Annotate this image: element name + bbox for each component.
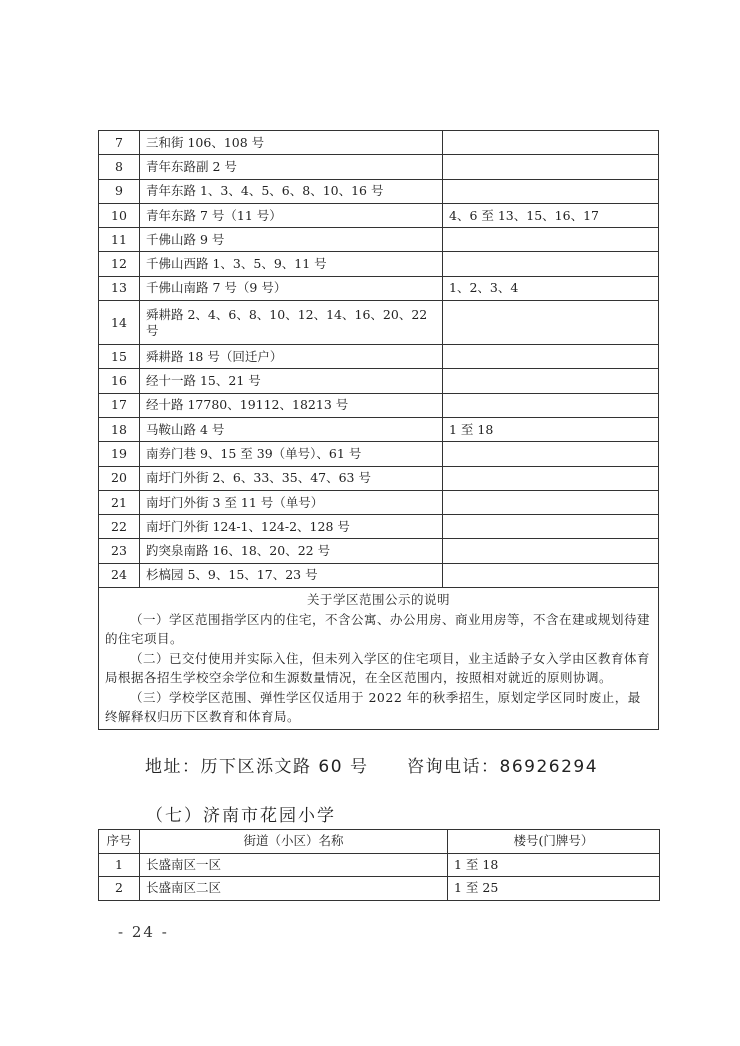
row-number: 19 [99, 442, 140, 466]
building-numbers: 1 至 25 [448, 877, 660, 901]
header-building: 楼号(门牌号） [448, 830, 660, 854]
table-row: 7三和街 106、108 号 [99, 131, 659, 155]
row-number: 9 [99, 179, 140, 203]
table-row: 16经十一路 15、21 号 [99, 369, 659, 393]
street-name: 长盛南区一区 [140, 853, 448, 877]
row-number: 7 [99, 131, 140, 155]
building-numbers [443, 155, 659, 179]
note-item-2: （二）已交付使用并实际入住，但未列入学区的住宅项目，业主适龄子女入学由区教育体育… [105, 649, 652, 688]
street-name: 千佛山南路 7 号（9 号） [140, 276, 443, 300]
street-name: 杉槁园 5、9、15、17、23 号 [140, 563, 443, 587]
building-numbers [443, 301, 659, 345]
row-number: 13 [99, 276, 140, 300]
street-name: 趵突泉南路 16、18、20、22 号 [140, 539, 443, 563]
table-row: 22南圩门外街 124-1、124-2、128 号 [99, 515, 659, 539]
building-numbers: 1 至 18 [448, 853, 660, 877]
row-number: 12 [99, 252, 140, 276]
notes-row: 关于学区范围公示的说明 （一）学区范围指学区内的住宅，不含公寓、办公用房、商业用… [99, 588, 659, 730]
table-row: 12千佛山西路 1、3、5、9、11 号 [99, 252, 659, 276]
row-number: 16 [99, 369, 140, 393]
building-numbers [443, 563, 659, 587]
table-row: 2 长盛南区二区 1 至 25 [99, 877, 660, 901]
header-street: 街道（小区）名称 [140, 830, 448, 854]
building-numbers [443, 490, 659, 514]
building-numbers [443, 369, 659, 393]
street-name: 青年东路副 2 号 [140, 155, 443, 179]
note-item-3: （三）学校学区范围、弹性学区仅适用于 2022 年的秋季招生，原划定学区同时废止… [105, 688, 652, 727]
building-numbers: 1 至 18 [443, 417, 659, 441]
table-row: 13千佛山南路 7 号（9 号）1、2、3、4 [99, 276, 659, 300]
table-row: 11千佛山路 9 号 [99, 228, 659, 252]
street-name: 三和街 106、108 号 [140, 131, 443, 155]
row-number: 2 [99, 877, 140, 901]
building-numbers [443, 466, 659, 490]
street-name: 青年东路 1、3、4、5、6、8、10、16 号 [140, 179, 443, 203]
building-numbers [443, 252, 659, 276]
table-row: 21南圩门外街 3 至 11 号（单号） [99, 490, 659, 514]
street-name: 经十一路 15、21 号 [140, 369, 443, 393]
street-name: 经十路 17780、19112、18213 号 [140, 393, 443, 417]
table-row: 9青年东路 1、3、4、5、6、8、10、16 号 [99, 179, 659, 203]
table-row: 1 长盛南区一区 1 至 18 [99, 853, 660, 877]
header-number: 序号 [99, 830, 140, 854]
table-row: 24杉槁园 5、9、15、17、23 号 [99, 563, 659, 587]
table-row: 15舜耕路 18 号（回迁户） [99, 345, 659, 369]
row-number: 23 [99, 539, 140, 563]
school-district-table-continued: 7三和街 106、108 号 8青年东路副 2 号 9青年东路 1、3、4、5、… [98, 130, 659, 730]
street-name: 南券门巷 9、15 至 39（单号）、61 号 [140, 442, 443, 466]
street-name: 长盛南区二区 [140, 877, 448, 901]
building-numbers [443, 515, 659, 539]
row-number: 18 [99, 417, 140, 441]
building-numbers [443, 131, 659, 155]
row-number: 22 [99, 515, 140, 539]
table-row: 18马鞍山路 4 号1 至 18 [99, 417, 659, 441]
row-number: 21 [99, 490, 140, 514]
building-numbers [443, 179, 659, 203]
row-number: 1 [99, 853, 140, 877]
row-number: 8 [99, 155, 140, 179]
row-number: 15 [99, 345, 140, 369]
street-name: 南圩门外街 124-1、124-2、128 号 [140, 515, 443, 539]
table-header-row: 序号 街道（小区）名称 楼号(门牌号） [99, 830, 660, 854]
row-number: 11 [99, 228, 140, 252]
building-numbers: 4、6 至 13、15、16、17 [443, 203, 659, 227]
huayuan-school-district-table: 序号 街道（小区）名称 楼号(门牌号） 1 长盛南区一区 1 至 18 2 长盛… [98, 829, 660, 901]
building-numbers [443, 539, 659, 563]
table-row: 17经十路 17780、19112、18213 号 [99, 393, 659, 417]
page-number: - 24 - [118, 923, 169, 941]
street-name: 南圩门外街 3 至 11 号（单号） [140, 490, 443, 514]
street-name: 舜耕路 2、4、6、8、10、12、14、16、20、22 号 [140, 301, 443, 345]
street-name: 千佛山路 9 号 [140, 228, 443, 252]
notes-cell: 关于学区范围公示的说明 （一）学区范围指学区内的住宅，不含公寓、办公用房、商业用… [99, 588, 659, 730]
table-row: 8青年东路副 2 号 [99, 155, 659, 179]
building-numbers [443, 345, 659, 369]
street-name: 南圩门外街 2、6、33、35、47、63 号 [140, 466, 443, 490]
table-row: 10青年东路 7 号（11 号）4、6 至 13、15、16、17 [99, 203, 659, 227]
section-title: （七）济南市花园小学 [146, 801, 336, 826]
street-name: 舜耕路 18 号（回迁户） [140, 345, 443, 369]
table-row: 23趵突泉南路 16、18、20、22 号 [99, 539, 659, 563]
street-name: 青年东路 7 号（11 号） [140, 203, 443, 227]
address-text: 地址：历下区泺文路 60 号 [145, 752, 368, 777]
row-number: 10 [99, 203, 140, 227]
table-row: 14舜耕路 2、4、6、8、10、12、14、16、20、22 号 [99, 301, 659, 345]
row-number: 24 [99, 563, 140, 587]
building-numbers [443, 228, 659, 252]
street-name: 千佛山西路 1、3、5、9、11 号 [140, 252, 443, 276]
note-item-1: （一）学区范围指学区内的住宅，不含公寓、办公用房、商业用房等，不含在建或规划待建… [105, 610, 652, 649]
phone-text: 咨询电话：86926294 [407, 752, 598, 777]
row-number: 14 [99, 301, 140, 345]
row-number: 17 [99, 393, 140, 417]
table-row: 19南券门巷 9、15 至 39（单号）、61 号 [99, 442, 659, 466]
street-name: 马鞍山路 4 号 [140, 417, 443, 441]
row-number: 20 [99, 466, 140, 490]
table-row: 20南圩门外街 2、6、33、35、47、63 号 [99, 466, 659, 490]
building-numbers: 1、2、3、4 [443, 276, 659, 300]
building-numbers [443, 393, 659, 417]
notes-title: 关于学区范围公示的说明 [105, 590, 652, 610]
building-numbers [443, 442, 659, 466]
